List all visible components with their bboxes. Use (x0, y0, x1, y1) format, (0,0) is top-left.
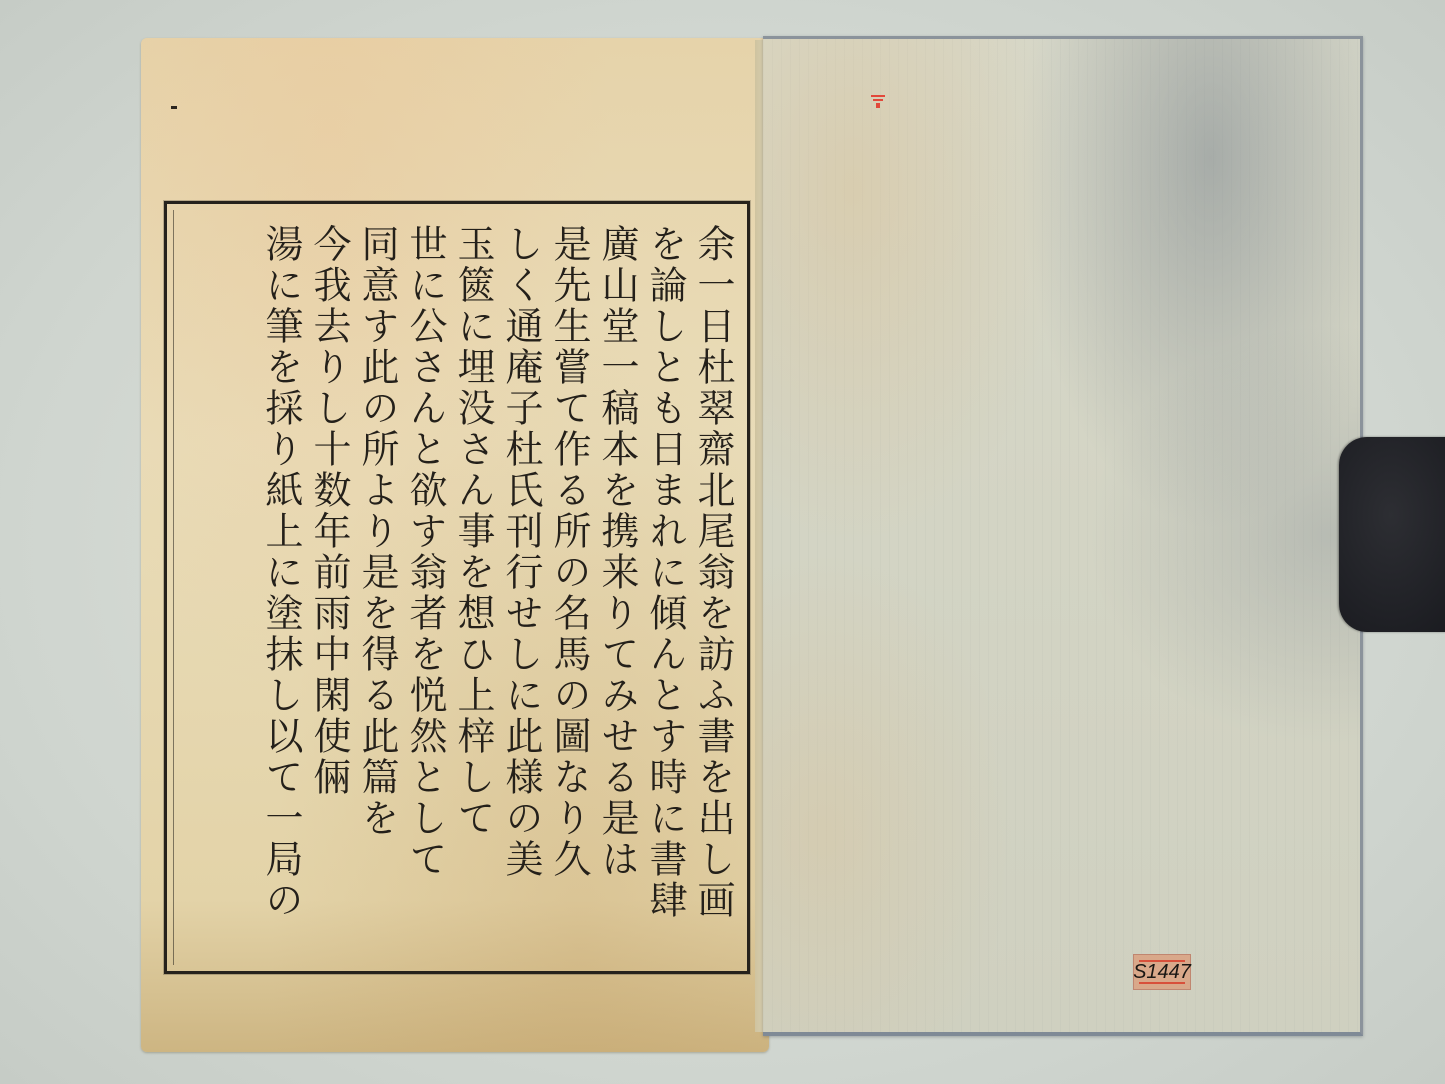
book-cover: S1447 (763, 36, 1363, 1036)
text-column: を論しとも日まれに傾んとす時に書肆 (641, 224, 689, 959)
catalog-number-label: S1447 (1133, 954, 1191, 990)
text-column: 廣山堂一稿本を携来りてみせる是は (593, 224, 641, 959)
text-page: 余一日杜翠齋北尾翁を訪ふ書を出し画 を論しとも日まれに傾んとす時に書肆 廣山堂一… (141, 38, 769, 1052)
printed-text-frame: 余一日杜翠齋北尾翁を訪ふ書を出し画 を論しとも日まれに傾んとす時に書肆 廣山堂一… (164, 201, 750, 974)
text-column: 世に公さんと欲す翁者を悦然として (401, 224, 449, 959)
text-column: しく通庵子杜氏刊行せしに此様の美 (497, 224, 545, 959)
red-seal-stamp (871, 95, 885, 113)
catalog-number: S1447 (1133, 961, 1191, 984)
text-column: 玉篋に埋没さん事を想ひ上梓して (449, 224, 497, 959)
text-column: 同意す此の所より是を得る此篇を (353, 224, 401, 959)
text-column: 今我去りし十数年前雨中閑使倆 (305, 224, 353, 959)
book-weight-clip (1339, 437, 1445, 632)
text-column: 湯に筆を採り紙上に塗抹し以て一局の (257, 224, 305, 959)
frame-inner-rule (173, 210, 174, 965)
vertical-text-block: 余一日杜翠齋北尾翁を訪ふ書を出し画 を論しとも日まれに傾んとす時に書肆 廣山堂一… (257, 224, 737, 959)
text-column: 余一日杜翠齋北尾翁を訪ふ書を出し画 (689, 224, 737, 959)
text-column: 是先生嘗て作る所の名馬の圖なり久 (545, 224, 593, 959)
label-rule (1139, 982, 1185, 984)
ink-mark (171, 106, 177, 109)
